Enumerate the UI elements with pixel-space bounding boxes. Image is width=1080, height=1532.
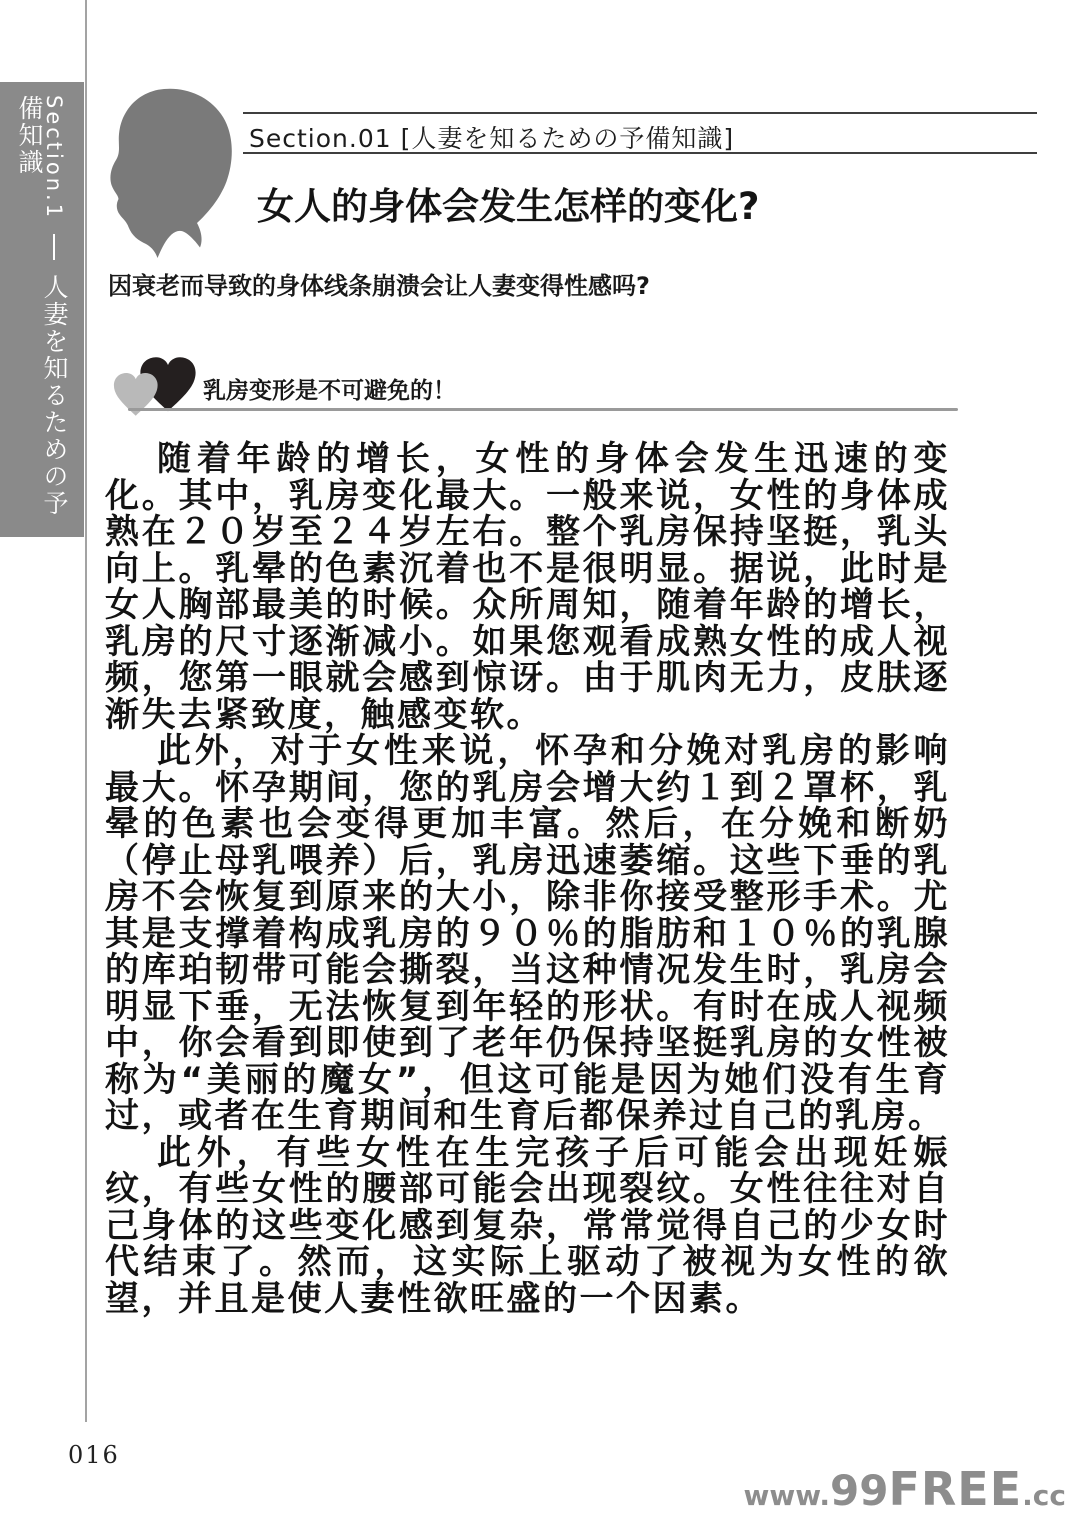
page-title: 女人的身体会发生怎样的变化? — [257, 176, 759, 230]
section-kicker: Section.01 [人妻を知るための予備知識] — [249, 119, 734, 155]
watermark-brand: FREE — [888, 1462, 1022, 1516]
woman-profile-icon — [108, 88, 242, 258]
body-text: 随着年龄的增长，女性的身体会发生迅速的变化。其中，乳房变化最大。一般来说，女性的… — [105, 441, 950, 1317]
watermark-suffix: .cc — [1022, 1479, 1066, 1512]
sidebar-section-label: Section.1 — [42, 95, 66, 220]
watermark: www.99FREE.cc — [744, 1462, 1066, 1516]
watermark-mid: 99 — [830, 1466, 888, 1515]
watermark-prefix: www. — [744, 1479, 830, 1512]
body-paragraph: 此外，对于女性来说，怀孕和分娩对乳房的影响最大。怀孕期间，您的乳房会增大约１到２… — [105, 733, 950, 1135]
sidebar-separator — [53, 234, 55, 260]
page-subtitle: 因衰老而导致的身体线条崩溃会让人妻变得性感吗? — [108, 266, 650, 301]
section-heading-rule — [128, 408, 958, 411]
body-paragraph: 此外，有些女性在生完孩子后可能会出现妊娠纹，有些女性的腰部可能会出现裂纹。女性往… — [105, 1135, 950, 1318]
section-heading: 乳房变形是不可避免的！ — [203, 372, 456, 405]
kicker-rule-top — [243, 112, 1037, 114]
kicker-rule-bottom — [243, 152, 1037, 154]
sidebar-vertical-text: Section.1人妻を知るための予備知識 — [17, 82, 67, 537]
book-page: Section.1人妻を知るための予備知識 Section.01 [人妻を知るた… — [0, 0, 1080, 1532]
page-number: 016 — [68, 1441, 120, 1469]
section-sidebar: Section.1人妻を知るための予備知識 — [0, 82, 84, 537]
body-paragraph: 随着年龄的增长，女性的身体会发生迅速的变化。其中，乳房变化最大。一般来说，女性的… — [105, 441, 950, 733]
left-vertical-rule — [85, 0, 87, 1422]
